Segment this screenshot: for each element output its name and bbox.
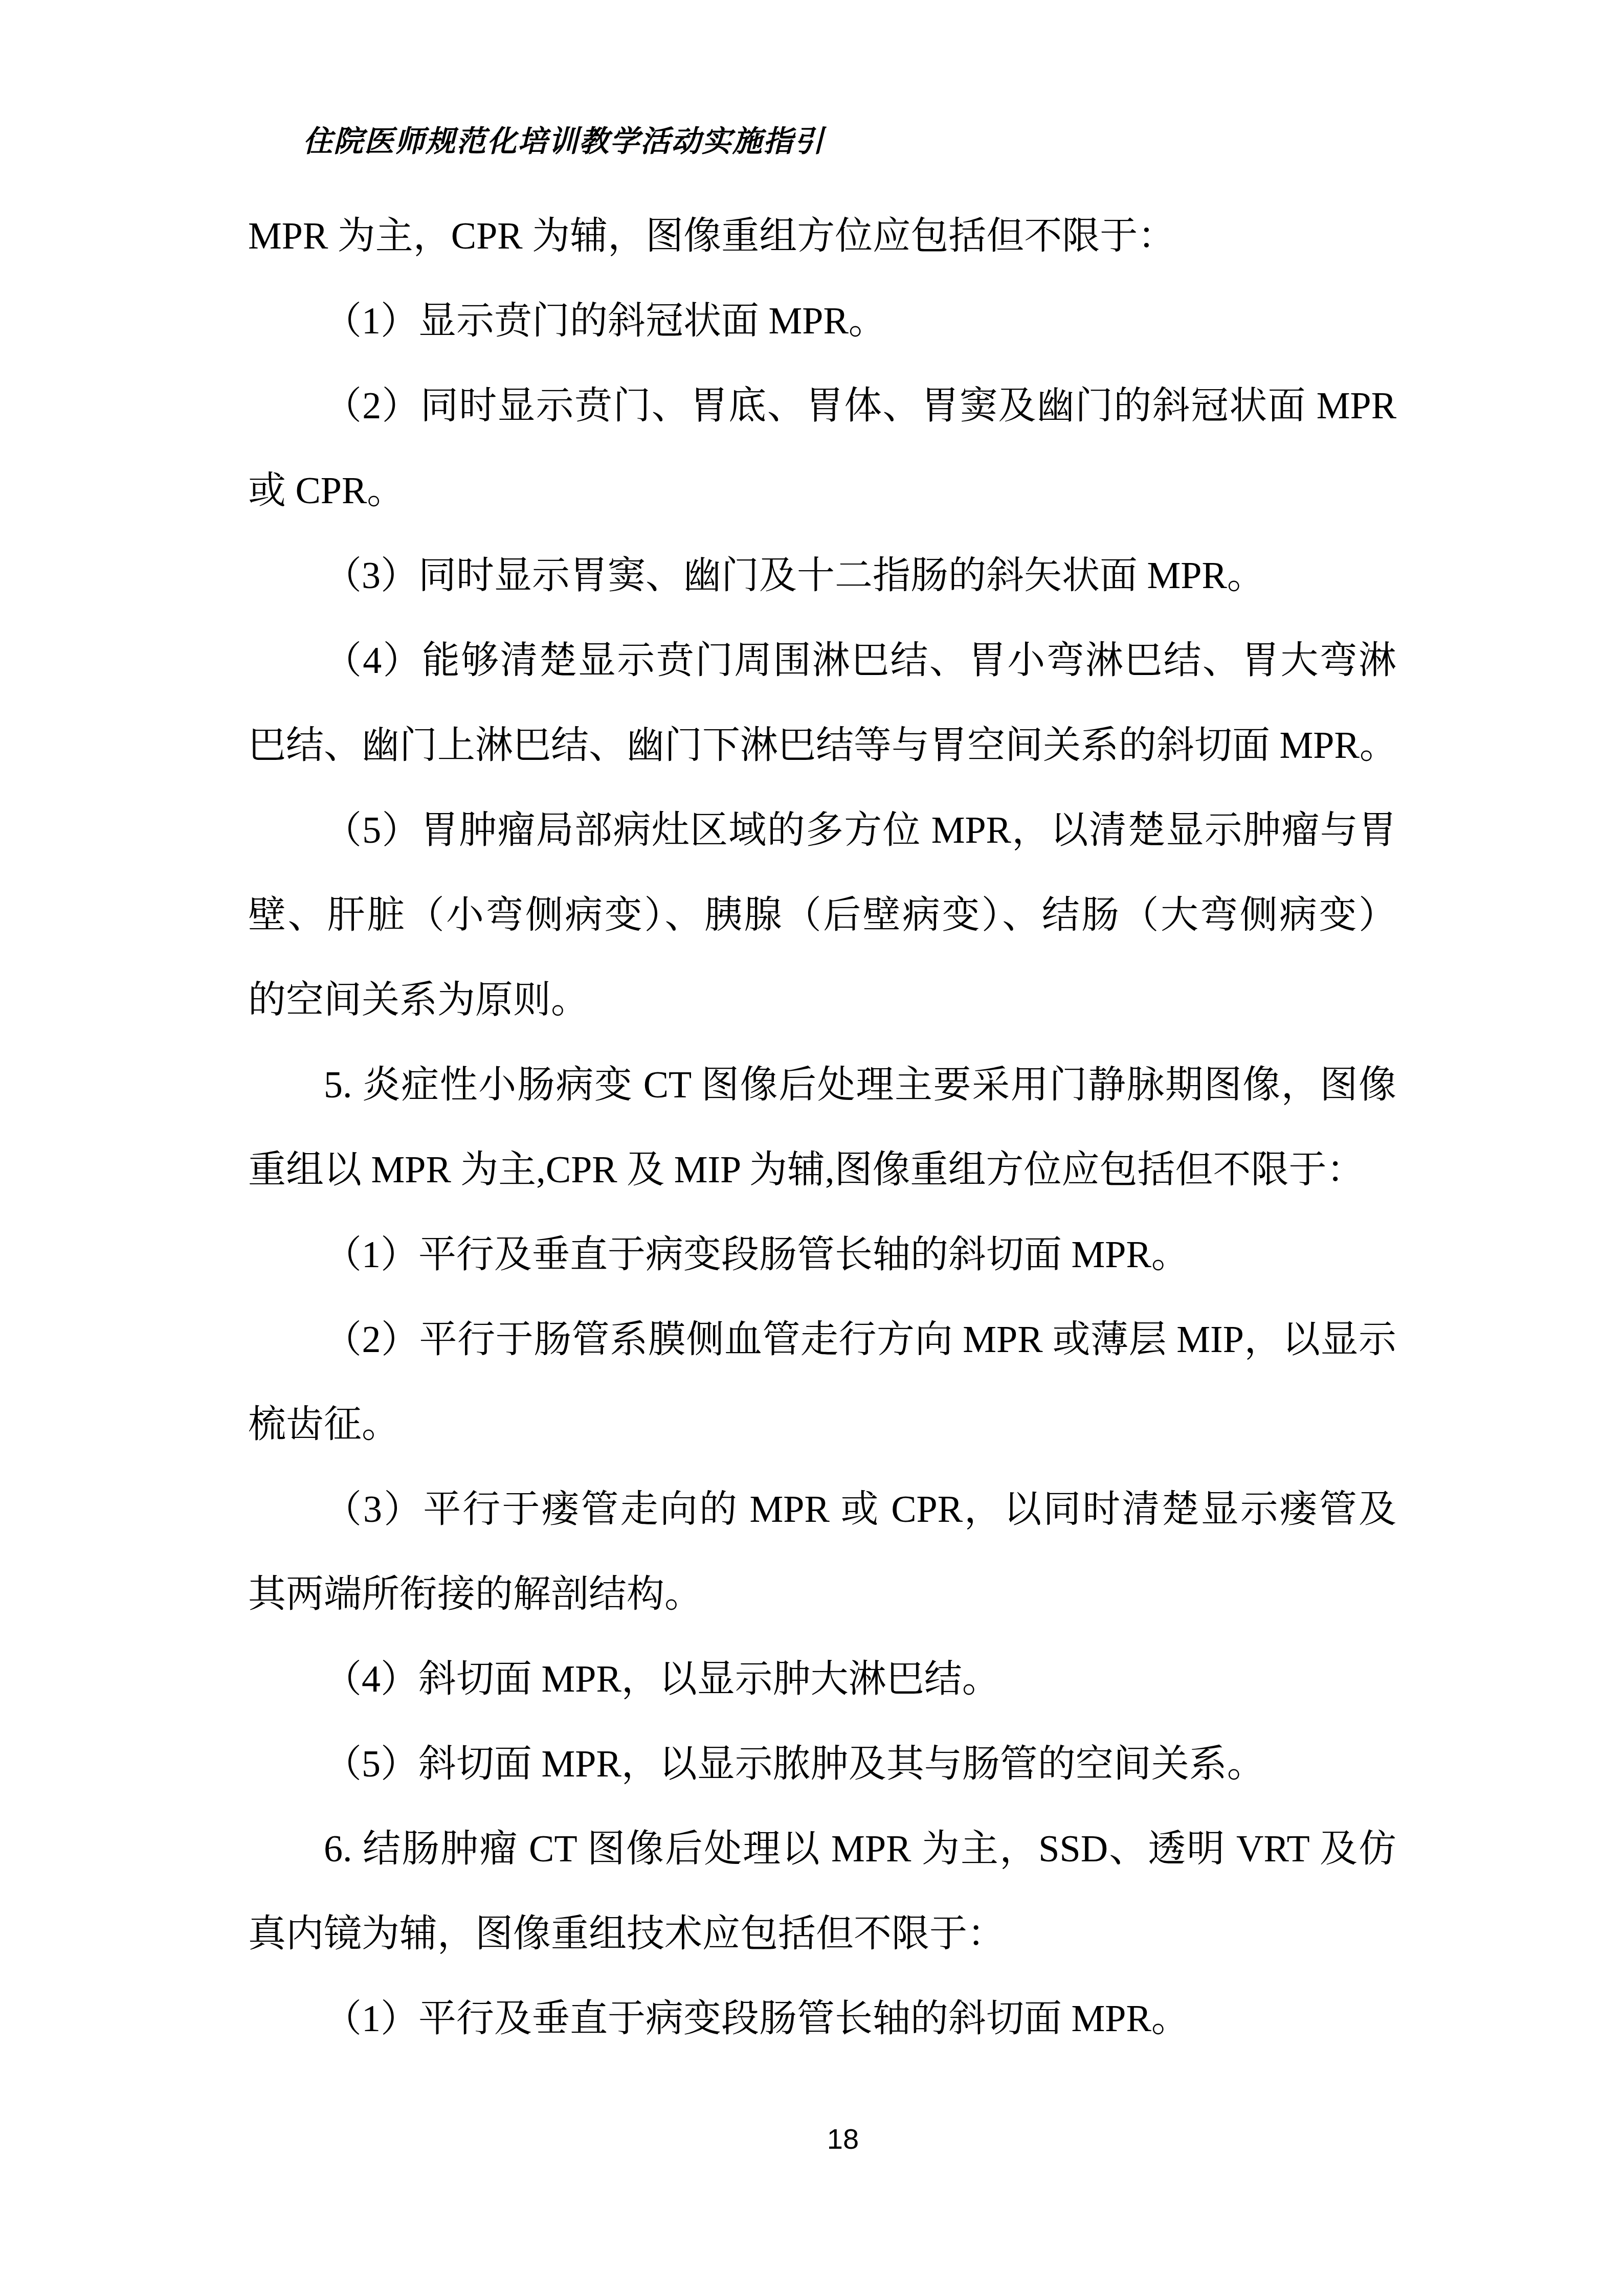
body-line-7: 巴结、幽门上淋巴结、幽门下淋巴结等与胃空间关系的斜切面 MPR。 bbox=[248, 703, 1396, 788]
body-line-20: 6. 结肠肿瘤 CT 图像后处理以 MPR 为主，SSD、透明 VRT 及仿 bbox=[248, 1807, 1396, 1892]
document-page: 住院医师规范化培训教学活动实施指引 MPR 为主，CPR 为辅，图像重组方位应包… bbox=[0, 0, 1624, 2296]
page-header-title: 住院医师规范化培训教学活动实施指引 bbox=[303, 123, 825, 161]
body-line-3: （2）同时显示贲门、胃底、胃体、胃窦及幽门的斜冠状面 MPR bbox=[248, 364, 1396, 448]
body-line-14: （2）平行于肠管系膜侧血管走行方向 MPR 或薄层 MIP，以显示 bbox=[248, 1297, 1396, 1382]
body-line-15: 梳齿征。 bbox=[248, 1382, 1396, 1467]
body-line-5: （3）同时显示胃窦、幽门及十二指肠的斜矢状面 MPR。 bbox=[248, 533, 1396, 618]
body-line-10: 的空间关系为原则。 bbox=[248, 958, 1396, 1043]
body-line-12: 重组以 MPR 为主,CPR 及 MIP 为辅,图像重组方位应包括但不限于： bbox=[248, 1128, 1396, 1212]
body-line-1: MPR 为主，CPR 为辅，图像重组方位应包括但不限于： bbox=[248, 194, 1396, 279]
body-text: MPR 为主，CPR 为辅，图像重组方位应包括但不限于：（1）显示贲门的斜冠状面… bbox=[248, 194, 1396, 2061]
body-line-19: （5）斜切面 MPR，以显示脓肿及其与肠管的空间关系。 bbox=[248, 1722, 1396, 1807]
body-line-2: （1）显示贲门的斜冠状面 MPR。 bbox=[248, 279, 1396, 364]
body-line-4: 或 CPR。 bbox=[248, 448, 1396, 533]
page-number: 18 bbox=[787, 2121, 899, 2157]
body-line-11: 5. 炎症性小肠病变 CT 图像后处理主要采用门静脉期图像，图像 bbox=[248, 1043, 1396, 1128]
body-line-6: （4）能够清楚显示贲门周围淋巴结、胃小弯淋巴结、胃大弯淋 bbox=[248, 618, 1396, 703]
body-line-22: （1）平行及垂直于病变段肠管长轴的斜切面 MPR。 bbox=[248, 1976, 1396, 2061]
body-line-13: （1）平行及垂直于病变段肠管长轴的斜切面 MPR。 bbox=[248, 1212, 1396, 1297]
body-line-16: （3）平行于瘘管走向的 MPR 或 CPR，以同时清楚显示瘘管及 bbox=[248, 1467, 1396, 1552]
body-line-8: （5）胃肿瘤局部病灶区域的多方位 MPR，以清楚显示肿瘤与胃 bbox=[248, 788, 1396, 873]
body-line-9: 壁、肝脏（小弯侧病变）、胰腺（后壁病变）、结肠（大弯侧病变） bbox=[248, 873, 1396, 958]
body-line-17: 其两端所衔接的解剖结构。 bbox=[248, 1552, 1396, 1637]
body-line-21: 真内镜为辅，图像重组技术应包括但不限于： bbox=[248, 1892, 1396, 1976]
body-line-18: （4）斜切面 MPR，以显示肿大淋巴结。 bbox=[248, 1637, 1396, 1722]
